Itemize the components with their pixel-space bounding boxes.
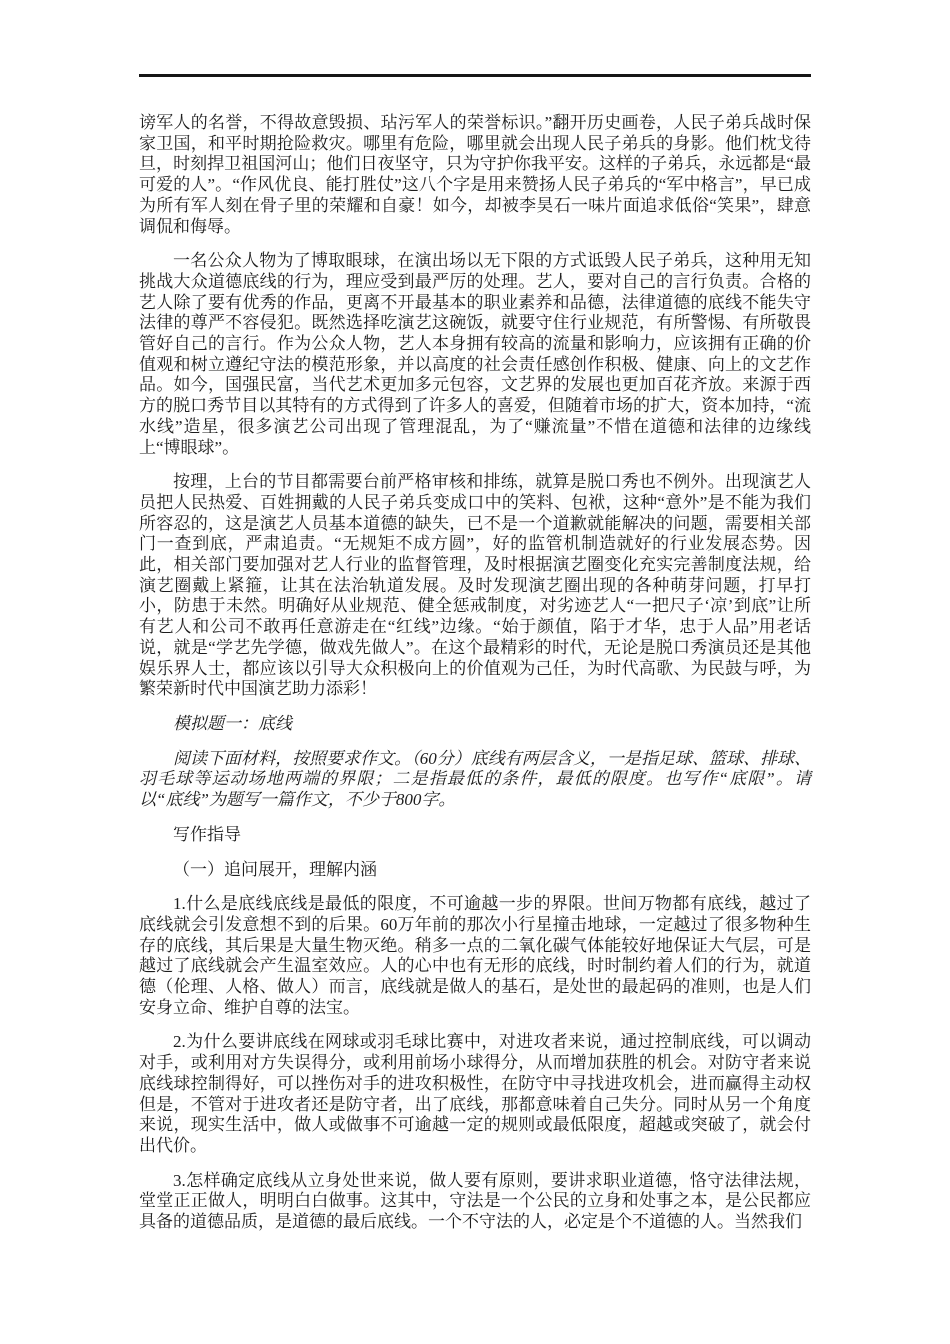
point-how-determine-bottom-line: 3.怎样确定底线从立身处世来说，做人要有原则，要讲求职业道德，恪守法律法规，堂堂… (139, 1171, 811, 1233)
paragraph-military-honor: 谤军人的名誉，不得故意毁损、玷污军人的荣誉标识。”翻开历史画卷，人民子弟兵战时保… (139, 113, 811, 237)
header-rule (139, 74, 811, 77)
paragraph-regulation: 按理，上台的节目都需要台前严格审核和排练，就算是脱口秀也不例外。出现演艺人员把人… (139, 472, 811, 700)
point-why-bottom-line: 2.为什么要讲底线在网球或羽毛球比赛中，对进攻者来说，通过控制底线，可以调动对手… (139, 1032, 811, 1156)
writing-guide-heading: 写作指导 (139, 825, 811, 846)
section-one-heading: （一）追问展开，理解内涵 (139, 860, 811, 881)
point-what-is-bottom-line: 1.什么是底线底线是最低的限度，不可逾越一步的界限。世间万物都有底线，越过了底线… (139, 894, 811, 1018)
document-page: 谤军人的名誉，不得故意毁损、玷污军人的荣誉标识。”翻开历史画卷，人民子弟兵战时保… (139, 0, 811, 1233)
paragraph-public-figure: 一名公众人物为了博取眼球，在演出场以无下限的方式诋毁人民子弟兵，这种用无知挑战大… (139, 251, 811, 458)
mock-exam-title: 模拟题一：底线 (139, 714, 811, 735)
essay-prompt: 阅读下面材料，按照要求作文。（60分）底线有两层含义，一是指足球、篮球、排球、羽… (139, 749, 811, 811)
